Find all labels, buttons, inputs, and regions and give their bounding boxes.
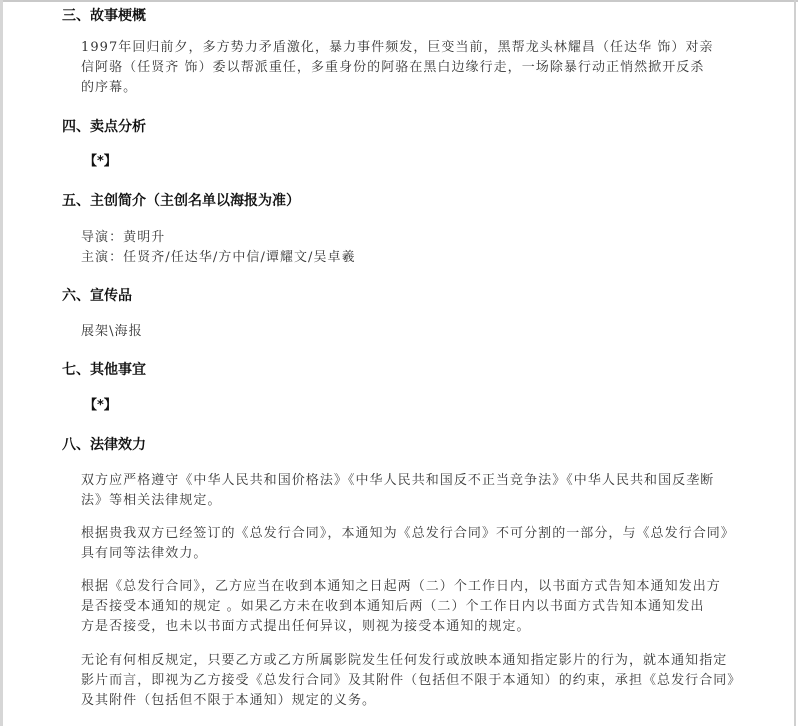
section-heading-selling-points: 四、卖点分析 xyxy=(62,118,146,136)
paragraph-line: 具有同等法律效力。 xyxy=(81,544,749,564)
section-heading-legal-effect: 八、法律效力 xyxy=(62,436,146,454)
section-heading-other-matters: 七、其他事宜 xyxy=(62,361,146,379)
section-heading-story-synopsis: 三、故事梗概 xyxy=(62,7,146,25)
paragraph-line: 的序幕。 xyxy=(81,78,749,98)
paragraph-line: 1997年回归前夕，多方势力矛盾激化，暴力事件频发，巨变当前，黑帮龙头林耀昌（任… xyxy=(81,38,749,58)
other-matters-placeholder: 【*】 xyxy=(84,397,117,415)
promo-materials-line: 展架\海报 xyxy=(81,322,749,342)
selling-points-placeholder: 【*】 xyxy=(84,153,117,171)
legal-paragraph-3: 根据《总发行合同》，乙方应当在收到本通知之日起两（二）个工作日内，以书面方式告知… xyxy=(81,577,749,637)
section-heading-promo-materials: 六、宣传品 xyxy=(62,287,132,305)
paragraph-line: 影片而言，即视为乙方接受《总发行合同》及其附件（包括但不限于本通知）的约束，承担… xyxy=(81,671,749,691)
paragraph-line: 信阿骆（任贤齐 饰）委以帮派重任，多重身份的阿骆在黑白边缘行走，一场除暴行动正悄… xyxy=(81,58,749,78)
paragraph-line: 及其附件（包括但不限于本通知）规定的义务。 xyxy=(81,691,749,711)
director-line: 导演：黄明升 xyxy=(81,228,749,248)
document-page: 三、故事梗概 1997年回归前夕，多方势力矛盾激化，暴力事件频发，巨变当前，黑帮… xyxy=(0,0,798,726)
page-left-border xyxy=(0,0,3,726)
legal-paragraph-4: 无论有何相反规定，只要乙方或乙方所属影院发生任何发行或放映本通知指定影片的行为，… xyxy=(81,651,749,711)
paragraph-line: 方是否接受，也未以书面方式提出任何异议，则视为接受本通知的规定。 xyxy=(81,617,749,637)
legal-paragraph-1: 双方应严格遵守《中华人民共和国价格法》《中华人民共和国反不正当竞争法》《中华人民… xyxy=(81,471,749,511)
legal-paragraph-2: 根据贵我双方已经签订的《总发行合同》，本通知为《总发行合同》不可分割的一部分，与… xyxy=(81,524,749,564)
cast-line: 主演：任贤齐/任达华/方中信/谭耀文/吴卓羲 xyxy=(81,248,749,268)
paragraph-line: 根据《总发行合同》，乙方应当在收到本通知之日起两（二）个工作日内，以书面方式告知… xyxy=(81,577,749,597)
promo-materials-list: 展架\海报 xyxy=(81,322,749,342)
paragraph-line: 无论有何相反规定，只要乙方或乙方所属影院发生任何发行或放映本通知指定影片的行为，… xyxy=(81,651,749,671)
paragraph-line: 根据贵我双方已经签订的《总发行合同》，本通知为《总发行合同》不可分割的一部分，与… xyxy=(81,524,749,544)
page-top-border xyxy=(0,0,798,2)
story-synopsis-paragraph: 1997年回归前夕，多方势力矛盾激化，暴力事件频发，巨变当前，黑帮龙头林耀昌（任… xyxy=(81,38,749,98)
paragraph-line: 是否接受本通知的规定 。如果乙方未在收到本通知后两（二）个工作日内以书面方式告知… xyxy=(81,597,749,617)
paragraph-line: 双方应严格遵守《中华人民共和国价格法》《中华人民共和国反不正当竞争法》《中华人民… xyxy=(81,471,749,491)
section-heading-creators: 五、主创简介（主创名单以海报为准） xyxy=(62,192,300,210)
paragraph-line: 法》等相关法律规定。 xyxy=(81,491,749,511)
creators-list: 导演：黄明升 主演：任贤齐/任达华/方中信/谭耀文/吴卓羲 xyxy=(81,228,749,268)
page-right-border xyxy=(794,0,796,726)
